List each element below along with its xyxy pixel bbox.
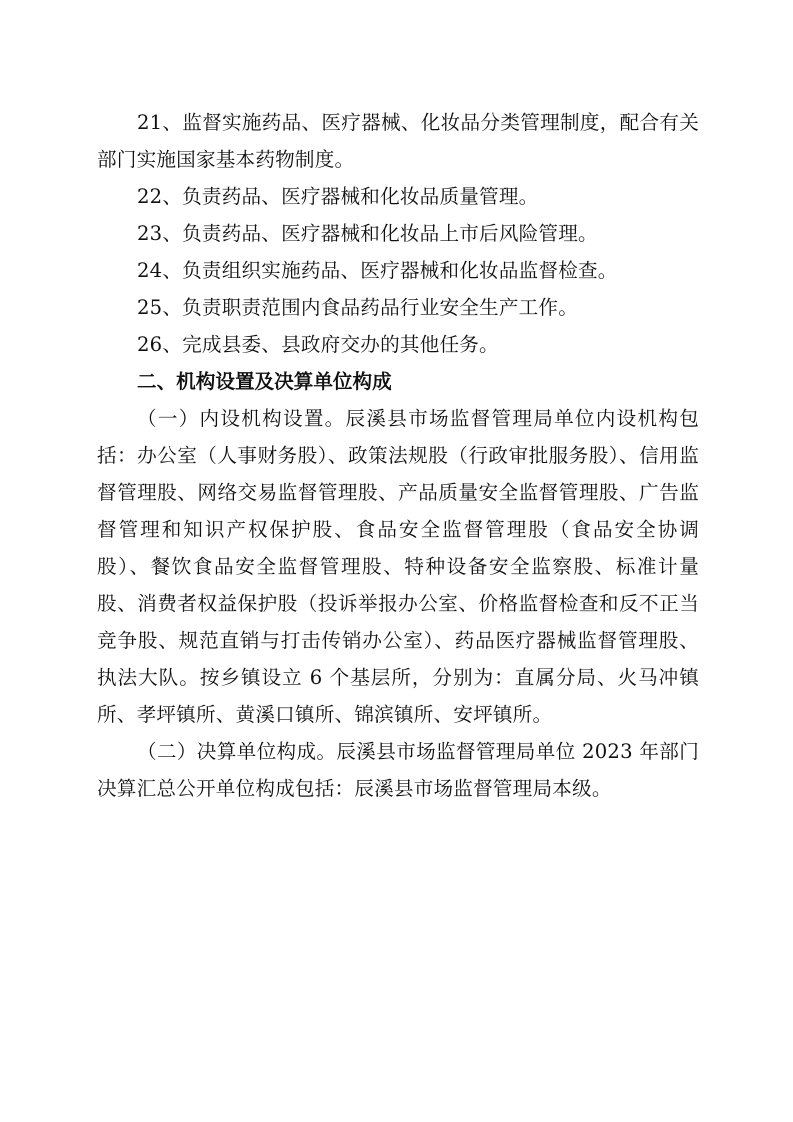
duty-item-25: 25、负责职责范围内食品药品行业安全生产工作。: [97, 289, 699, 326]
duty-item-26: 26、完成县委、县政府交办的其他任务。: [97, 326, 699, 363]
document-page: 21、监督实施药品、医疗器械、化妆品分类管理制度，配合有关部门实施国家基本药物制…: [97, 104, 699, 807]
budget-unit-paragraph: （二）决算单位构成。辰溪县市场监督管理局单位 2023 年部门决算汇总公开单位构…: [97, 733, 699, 807]
duty-item-21: 21、监督实施药品、医疗器械、化妆品分类管理制度，配合有关部门实施国家基本药物制…: [97, 104, 699, 178]
duty-item-23: 23、负责药品、医疗器械和化妆品上市后风险管理。: [97, 215, 699, 252]
duty-item-24: 24、负责组织实施药品、医疗器械和化妆品监督检查。: [97, 252, 699, 289]
internal-structure-paragraph: （一）内设机构设置。辰溪县市场监督管理局单位内设机构包括：办公室（人事财务股）、…: [97, 400, 699, 733]
duty-item-22: 22、负责药品、医疗器械和化妆品质量管理。: [97, 178, 699, 215]
section-heading: 二、机构设置及决算单位构成: [97, 363, 699, 400]
